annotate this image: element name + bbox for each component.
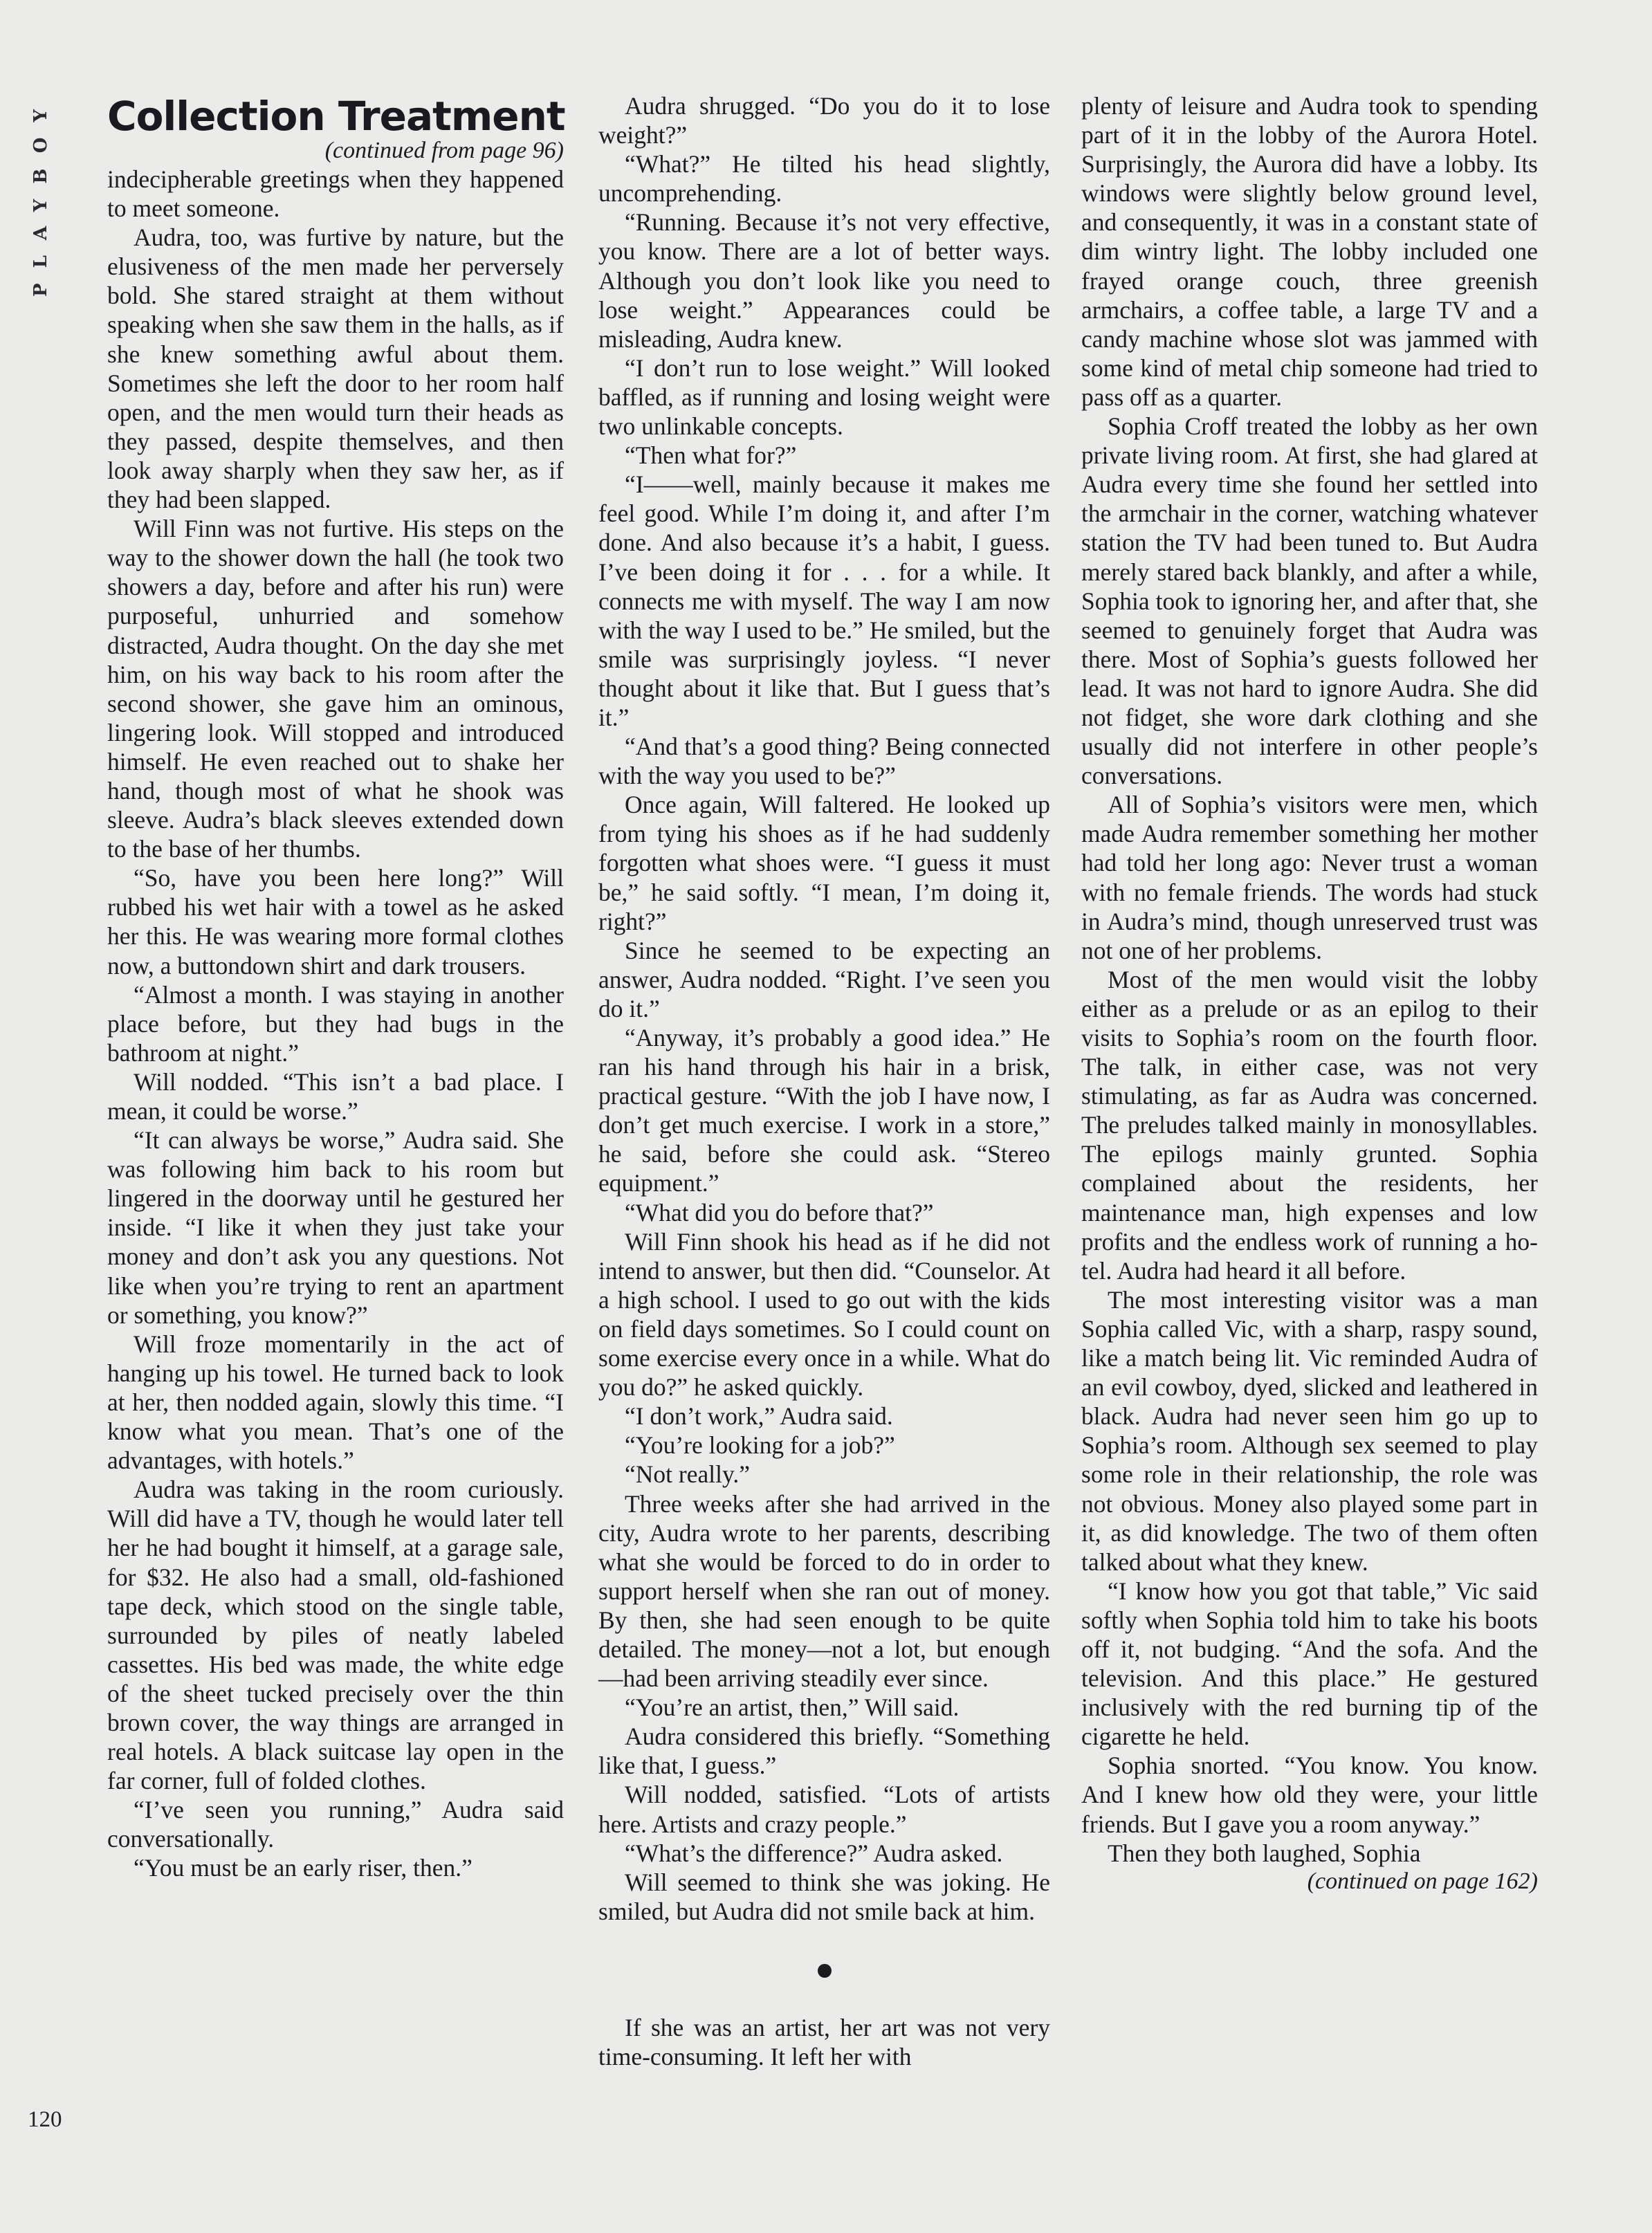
paragraph: Will nodded. “This isn’t a bad place. I … [107,1067,564,1125]
paragraph: “And that’s a good thing? Being con­nect… [598,732,1050,790]
paragraph: Once again, Will faltered. He looked up … [598,790,1050,935]
paragraph: Will nodded, satisfied. “Lots of art­ist… [598,1780,1050,1838]
paragraph: “Anyway, it’s probably a good idea.” He … [598,1023,1050,1198]
paragraph: “So, have you been here long?” Will rubb… [107,863,564,980]
paragraph: All of Sophia’s visitors were men, which… [1081,790,1538,965]
text-column-3: plenty of leisure and Audra took to spen… [1081,91,1538,1895]
continued-on-note: (continued on page 162) [1081,1868,1538,1895]
paragraph: Audra shrugged. “Do you do it to lose we… [598,91,1050,149]
paragraph: “You’re an artist, then,” Will said. [598,1693,1050,1722]
paragraph: Since he seemed to be expecting an answe… [598,936,1050,1023]
paragraph: “I know how you got that table,” Vic sai… [1081,1577,1538,1752]
paragraph: “Not really.” [598,1460,1050,1489]
paragraph: Most of the men would visit the lob­by e… [1081,965,1538,1285]
paragraph: Will froze momentarily in the act of han… [107,1330,564,1475]
paragraph: Sophia Croff treated the lobby as her ow… [1081,412,1538,790]
section-break [598,1955,1050,1984]
paragraph: “You must be an early riser, then.” [107,1853,564,1882]
paragraph: Audra was taking in the room curi­ously.… [107,1475,564,1795]
paragraph: “What?” He tilted his head slightly, unc… [598,149,1050,208]
paragraph: “I don’t work,” Audra said. [598,1402,1050,1431]
paragraph: “What did you do before that?” [598,1198,1050,1227]
column-3-body: plenty of leisure and Audra took to spen… [1081,91,1538,1868]
paragraph: Then they both laughed, Sophia [1081,1839,1538,1868]
paragraph: Three weeks after she had arrived in the… [598,1489,1050,1693]
article-title: Collection Treatment [107,95,564,137]
page-number: 120 [28,2107,62,2133]
paragraph: Will seemed to think she was joking. He … [598,1868,1050,1926]
paragraph: “It can always be worse,” Audra said. Sh… [107,1125,564,1330]
continued-from-note: (continued from page 96) [107,137,564,165]
bullet-dot-icon [818,1964,832,1978]
paragraph: If she was an artist, her art was not ve… [598,2013,1050,2071]
paragraph: plenty of leisure and Audra took to spen… [1081,91,1538,412]
text-column-1: Collection Treatment (continued from pag… [107,91,564,1883]
paragraph: Will Finn shook his head as if he did no… [598,1227,1050,1402]
paragraph: “I don’t run to lose weight.” Will looke… [598,353,1050,441]
text-column-2: Audra shrugged. “Do you do it to lose we… [598,91,1050,2071]
paragraph: Will Finn was not furtive. His steps on … [107,514,564,863]
column-2-body: Audra shrugged. “Do you do it to lose we… [598,91,1050,1926]
paragraph: Sophia snorted. “You know. You know. And… [1081,1751,1538,1838]
paragraph: “You’re looking for a job?” [598,1431,1050,1460]
paragraph: Audra, too, was furtive by nature, but t… [107,223,564,514]
paragraph: “Almost a month. I was staying in an­oth… [107,980,564,1067]
column-2-body-after-break: If she was an artist, her art was not ve… [598,2013,1050,2071]
paragraph: The most interesting visitor was a man S… [1081,1285,1538,1577]
column-1-body: indecipherable greetings when they happe… [107,165,564,1883]
paragraph: indecipherable greetings when they happe… [107,165,564,223]
paragraph: “I——well, mainly because it makes me fee… [598,470,1050,732]
running-head-magazine-name: PLAYBOY [30,94,51,297]
paragraph: “Then what for?” [598,441,1050,470]
paragraph: “I’ve seen you running,” Audra said conv… [107,1795,564,1853]
paragraph: “What’s the difference?” Audra asked. [598,1839,1050,1868]
paragraph: Audra considered this briefly. “Some­thi… [598,1722,1050,1780]
paragraph: “Running. Because it’s not very ef­fecti… [598,208,1050,353]
